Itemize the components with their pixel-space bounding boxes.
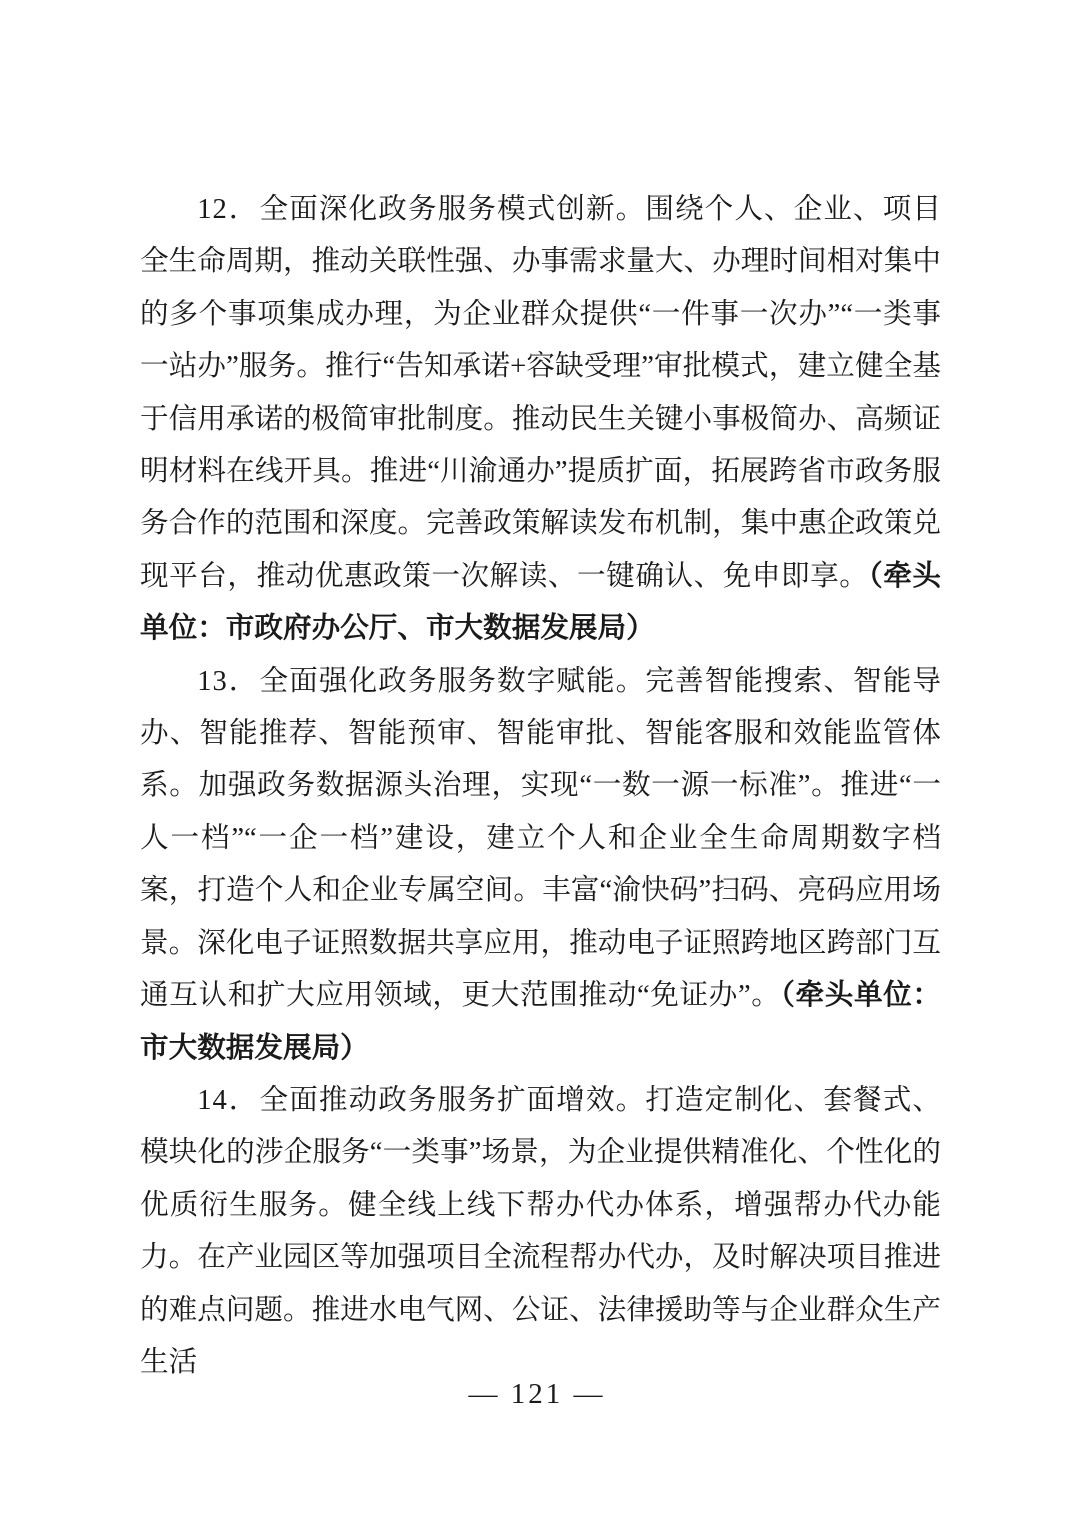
clause-body-text: 完善智能搜索、智能导办、智能推荐、智能预审、智能审批、智能客服和效能监管体系。加… xyxy=(140,666,941,1011)
clause-body-text: 打造定制化、套餐式、模块化的涉企服务“一类事”场景，为企业提供精准化、个性化的优… xyxy=(140,1085,941,1378)
page-footer: — 121 — xyxy=(0,1374,1074,1414)
document-body: 12．全面深化政务服务模式创新。围绕个人、企业、项目全生命周期，推动关联性强、办… xyxy=(140,184,941,1389)
clause-number: 12． xyxy=(197,194,259,225)
document-page: 12．全面深化政务服务模式创新。围绕个人、企业、项目全生命周期，推动关联性强、办… xyxy=(0,0,1074,1520)
clause-body-text: 围绕个人、企业、项目全生命周期，推动关联性强、办事需求量大、办理时间相对集中的多… xyxy=(140,194,941,592)
paragraph-item-13: 13．全面强化政务服务数字赋能。完善智能搜索、智能导办、智能推荐、智能预审、智能… xyxy=(140,656,941,1075)
page-number: — 121 — xyxy=(469,1378,606,1410)
paragraph-item-14: 14．全面推动政务服务扩面增效。打造定制化、套餐式、模块化的涉企服务“一类事”场… xyxy=(140,1075,941,1389)
clause-lead-sentence: 全面深化政务服务模式创新。 xyxy=(260,194,646,225)
clause-lead-sentence: 全面推动政务服务扩面增效。 xyxy=(260,1085,646,1116)
paragraph-item-12: 12．全面深化政务服务模式创新。围绕个人、企业、项目全生命周期，推动关联性强、办… xyxy=(140,184,941,656)
clause-number: 13． xyxy=(197,666,259,697)
clause-lead-sentence: 全面强化政务服务数字赋能。 xyxy=(260,666,646,697)
clause-number: 14． xyxy=(197,1085,259,1116)
